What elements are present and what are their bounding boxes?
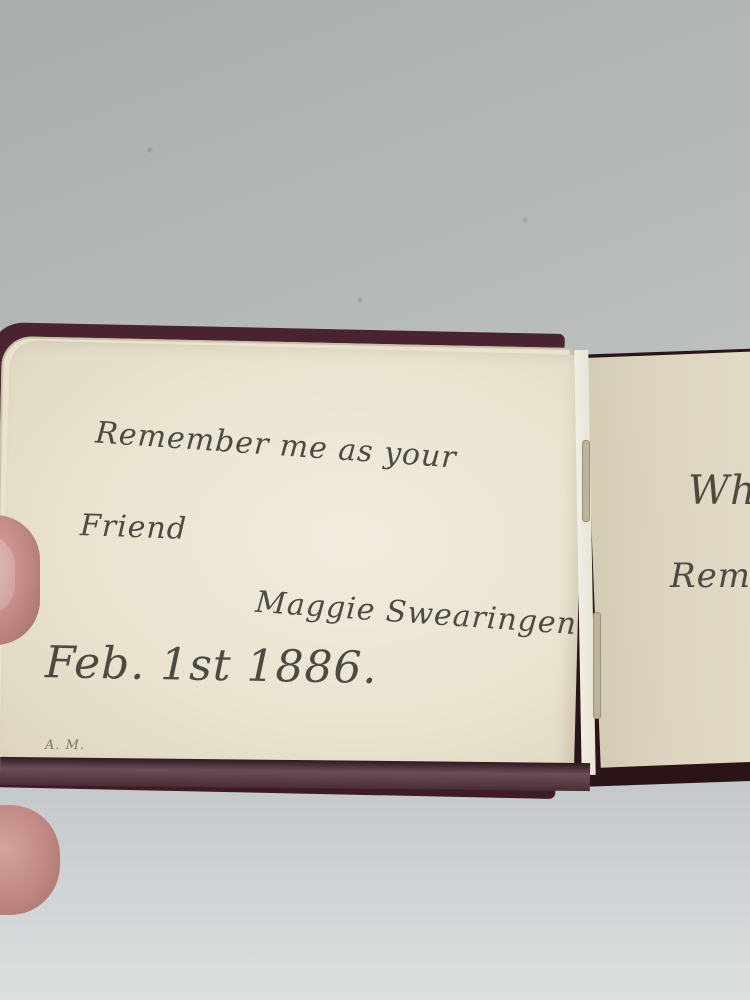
inscription-line-2: Friend (79, 508, 187, 547)
right-page-line-2: Rem (670, 556, 750, 596)
inscription-date: Feb. 1st 1886. (45, 637, 378, 694)
right-page-line-1: Wh (688, 468, 750, 514)
page-initials: A. M. (45, 738, 85, 753)
binding-stitch (593, 612, 601, 719)
table-surface-foreground (0, 780, 750, 1000)
binding-stitch (582, 440, 590, 522)
left-album-page (0, 340, 585, 780)
